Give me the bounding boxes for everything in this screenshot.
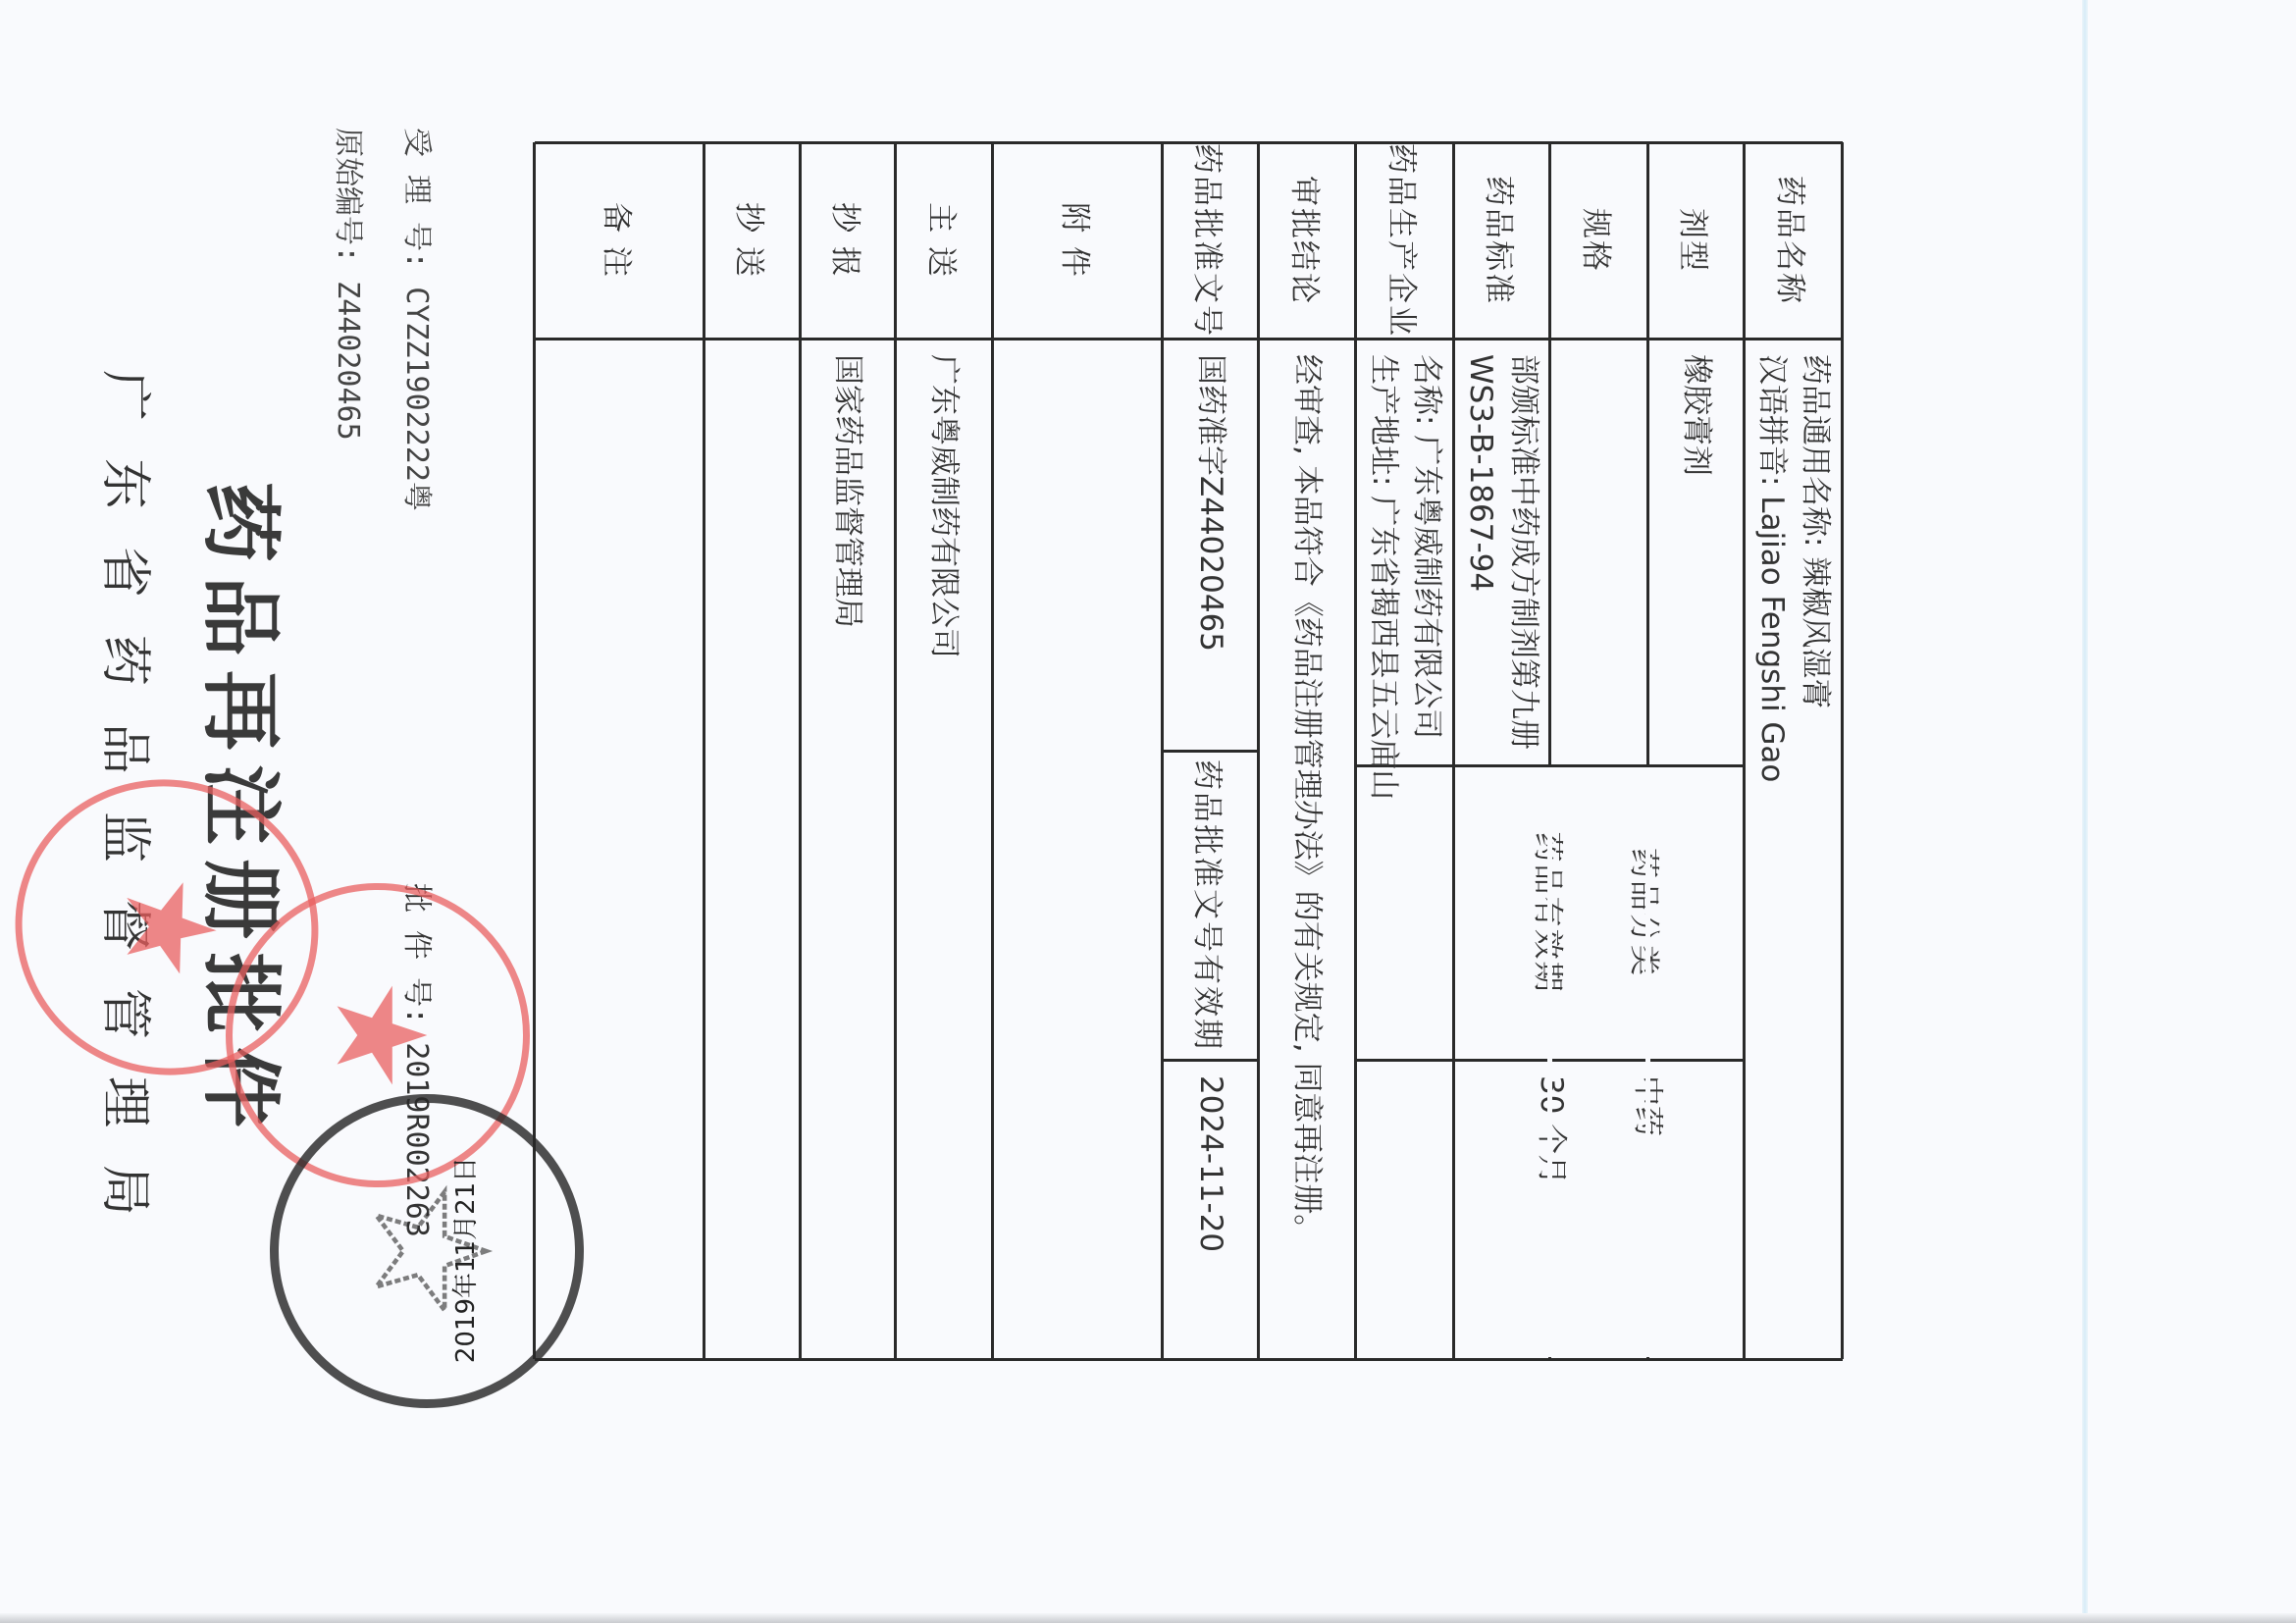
row-label: 药品生产企业 bbox=[1356, 142, 1454, 339]
merged-cell-mask bbox=[1645, 767, 1650, 1357]
row-label: 剂型 bbox=[1648, 142, 1745, 339]
acceptance-number-value: CYZZ1902222粤 bbox=[399, 287, 434, 511]
row-label: 药品名称 bbox=[1745, 142, 1843, 339]
row-label: 抄 送 bbox=[704, 142, 801, 339]
row-value: 国家药品监督管理局 bbox=[801, 339, 896, 1359]
original-code: 原始编号: Z44020465 bbox=[330, 128, 373, 441]
row-label: 主 送 bbox=[896, 142, 993, 339]
guangdong-fda-seal: 2019年11月21日 bbox=[270, 1094, 584, 1408]
merged-cell-mask bbox=[1547, 767, 1552, 1357]
row-value: 部颁标准中药成方制剂第九册WS3-B-1867-94 bbox=[1454, 339, 1550, 765]
row-value-line: 药品通用名称: 辣椒风湿膏 bbox=[1794, 354, 1837, 1359]
row-value bbox=[993, 339, 1163, 1359]
original-code-label: 原始编号: bbox=[331, 128, 365, 263]
row-value-line: 经审查, 本品符合《药品注册管理办法》的有关规定, 同意再注册。 bbox=[1286, 354, 1330, 1359]
row-sub-label: 药品批准文号有效期 bbox=[1163, 751, 1259, 1060]
row-label: 抄 报 bbox=[801, 142, 896, 339]
acceptance-number: 受 理 号: CYZZ1902222粤 bbox=[398, 128, 442, 511]
row-value: 橡胶膏剂 bbox=[1648, 339, 1745, 765]
row-value: 经审查, 本品符合《药品注册管理办法》的有关规定, 同意再注册。 bbox=[1259, 339, 1356, 1359]
original-code-value: Z44020465 bbox=[331, 281, 365, 441]
star-icon bbox=[279, 1103, 575, 1399]
row-label: 附 件 bbox=[993, 142, 1163, 339]
row-value-line: 汉语拼音: Lajiao Fengshi Gao bbox=[1750, 354, 1794, 1359]
row-value-line: 生产地址: 广东省揭西县五云庙山 bbox=[1362, 354, 1405, 1359]
row-value-line: 部颁标准中药成方制剂第九册 bbox=[1502, 354, 1545, 765]
row-value bbox=[704, 339, 801, 1359]
row-label: 药品标准 bbox=[1454, 142, 1550, 339]
row-value-line: 广东粤威制药有限公司 bbox=[923, 354, 966, 1359]
row-value: 名称: 广东粤威制药有限公司生产地址: 广东省揭西县五云庙山 bbox=[1356, 339, 1454, 1359]
seal-date: 2019年11月21日 bbox=[445, 1142, 482, 1378]
row-label: 规格 bbox=[1550, 142, 1648, 339]
row-sub-value: 2024-11-20 bbox=[1163, 1060, 1259, 1359]
acceptance-number-label: 受 理 号: bbox=[399, 128, 434, 269]
row-value-line: 橡胶膏剂 bbox=[1675, 354, 1718, 765]
scanned-document: 广东省药品监督管理局 药品再注册批件 原始编号: Z44020465 受 理 号… bbox=[0, 0, 2296, 1623]
approval-document-page: 广东省药品监督管理局 药品再注册批件 原始编号: Z44020465 受 理 号… bbox=[0, 0, 2296, 1623]
row-value-line: 国家药品监督管理局 bbox=[827, 354, 870, 1359]
row-value-line: 名称: 广东粤威制药有限公司 bbox=[1405, 354, 1448, 1359]
row-value-line: 国药准字Z44020465 bbox=[1189, 354, 1232, 751]
row-value: 药品通用名称: 辣椒风湿膏汉语拼音: Lajiao Fengshi Gao bbox=[1745, 339, 1843, 1359]
row-label: 备 注 bbox=[535, 142, 704, 339]
row-value: 广东粤威制药有限公司 bbox=[896, 339, 993, 1359]
row-label: 药品批准文号 bbox=[1163, 142, 1259, 339]
row-value: 国药准字Z44020465 bbox=[1163, 339, 1259, 751]
row-value-line: WS3-B-1867-94 bbox=[1459, 354, 1502, 765]
row-label: 审批结论 bbox=[1259, 142, 1356, 339]
